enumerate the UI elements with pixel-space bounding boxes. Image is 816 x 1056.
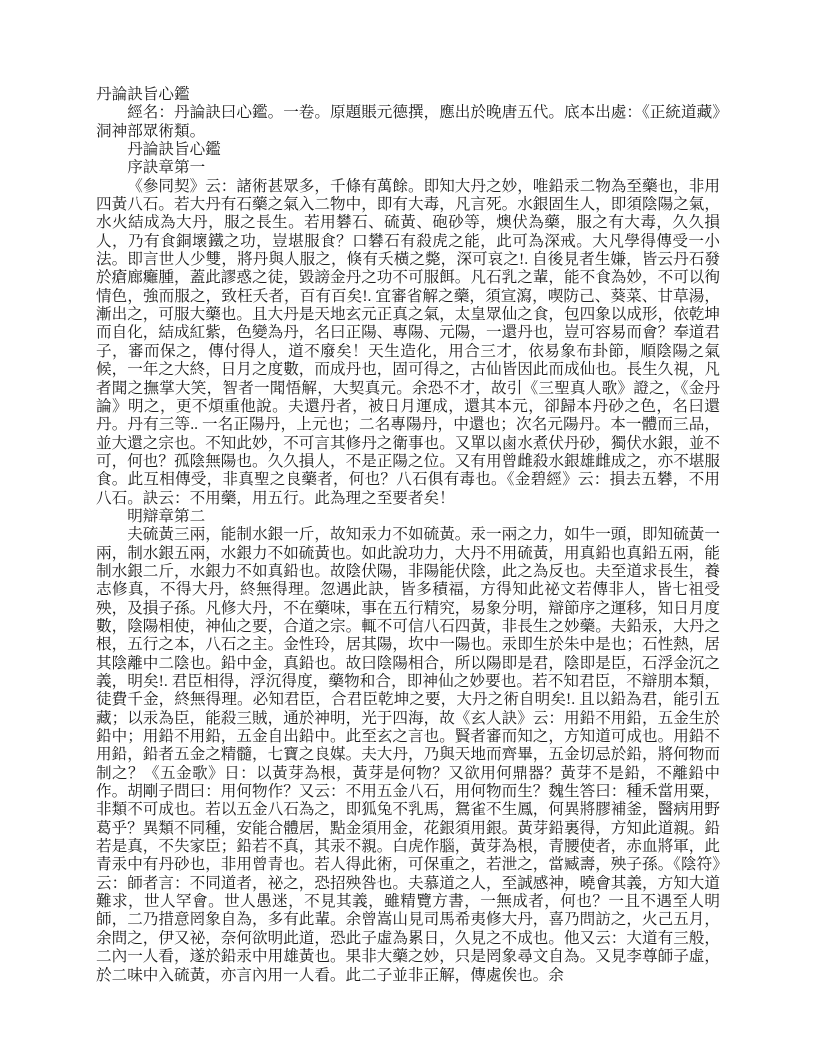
colophon: 經名：丹論訣曰心鑑。一卷。原題賬元德撰，應出於晚唐五代。底本出處：《正統道藏》洞… <box>96 104 720 141</box>
document-title: 丹論訣旨心鑑 <box>96 86 720 104</box>
chapter-1-heading: 序訣章第一 <box>96 159 720 177</box>
chapter-1-body: 《參同契》云：諸術甚眾多，千條有萬餘。即知大丹之妙，唯鉛汞二物為至藥也，非用四黃… <box>96 178 720 508</box>
chapter-2-body: 夫硫黃三兩，能制水銀一斤，故知汞力不如硫黃。汞一兩之力，如牛一頭，即知硫黃一兩，… <box>96 526 720 985</box>
document-page: 丹論訣旨心鑑 經名：丹論訣曰心鑑。一卷。原題賬元德撰，應出於晚唐五代。底本出處：… <box>0 0 816 1056</box>
chapter-2-heading: 明辯章第二 <box>96 508 720 526</box>
inner-title: 丹論訣旨心鑑 <box>96 141 720 159</box>
